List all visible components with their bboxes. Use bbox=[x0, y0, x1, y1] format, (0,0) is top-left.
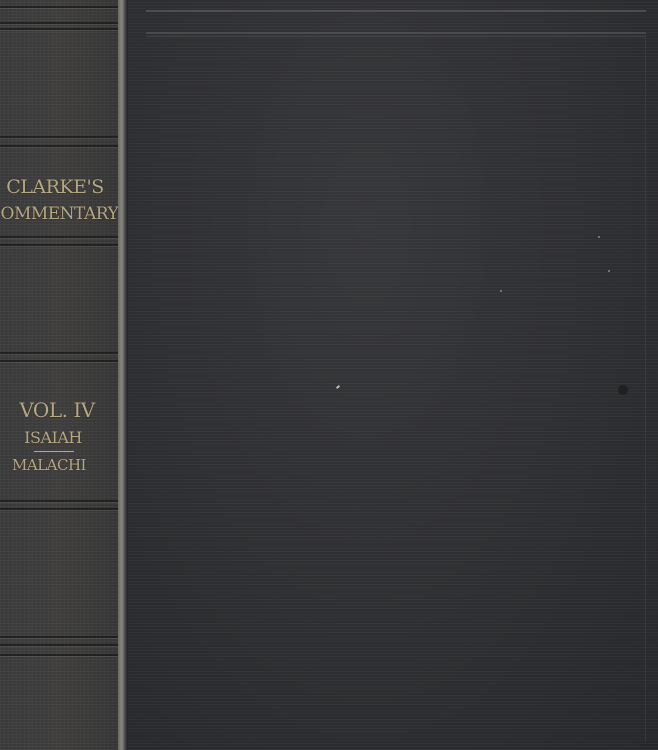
spine-band bbox=[0, 244, 118, 246]
spine-band bbox=[0, 236, 118, 238]
scuff-mark bbox=[500, 290, 502, 292]
blind-stamp-border bbox=[146, 10, 646, 34]
spine-books-to: MALACHI bbox=[0, 456, 108, 474]
spine-band bbox=[0, 352, 118, 354]
blind-stamp-rule bbox=[146, 36, 646, 37]
spine-band bbox=[0, 360, 118, 362]
spine-band bbox=[0, 28, 118, 30]
spine-band bbox=[0, 6, 118, 8]
front-cover bbox=[128, 0, 658, 750]
spine-band bbox=[0, 508, 118, 510]
spine-subtitle: COMMENTARY bbox=[0, 204, 118, 224]
scuff-mark bbox=[598, 236, 600, 238]
spine-band bbox=[0, 145, 118, 147]
spine-volume: VOL. IV bbox=[0, 398, 116, 422]
spine-rule bbox=[34, 451, 74, 452]
blind-stamp-side bbox=[645, 36, 646, 742]
spine-title: CLARKE'S bbox=[0, 176, 114, 198]
spine-band bbox=[0, 636, 118, 638]
book-hinge bbox=[118, 0, 128, 750]
stain bbox=[618, 385, 628, 395]
spine-books-from: ISAIAH bbox=[0, 428, 112, 447]
spine-band bbox=[0, 22, 118, 24]
scuff-mark bbox=[608, 270, 610, 272]
book-spine: CLARKE'S COMMENTARY VOL. IV ISAIAH MALAC… bbox=[0, 0, 122, 750]
spine-band bbox=[0, 654, 118, 656]
spine-band bbox=[0, 500, 118, 502]
spine-band bbox=[0, 136, 118, 138]
scuff-mark bbox=[336, 385, 340, 389]
spine-band bbox=[0, 644, 118, 646]
book-photo: CLARKE'S COMMENTARY VOL. IV ISAIAH MALAC… bbox=[0, 0, 658, 750]
